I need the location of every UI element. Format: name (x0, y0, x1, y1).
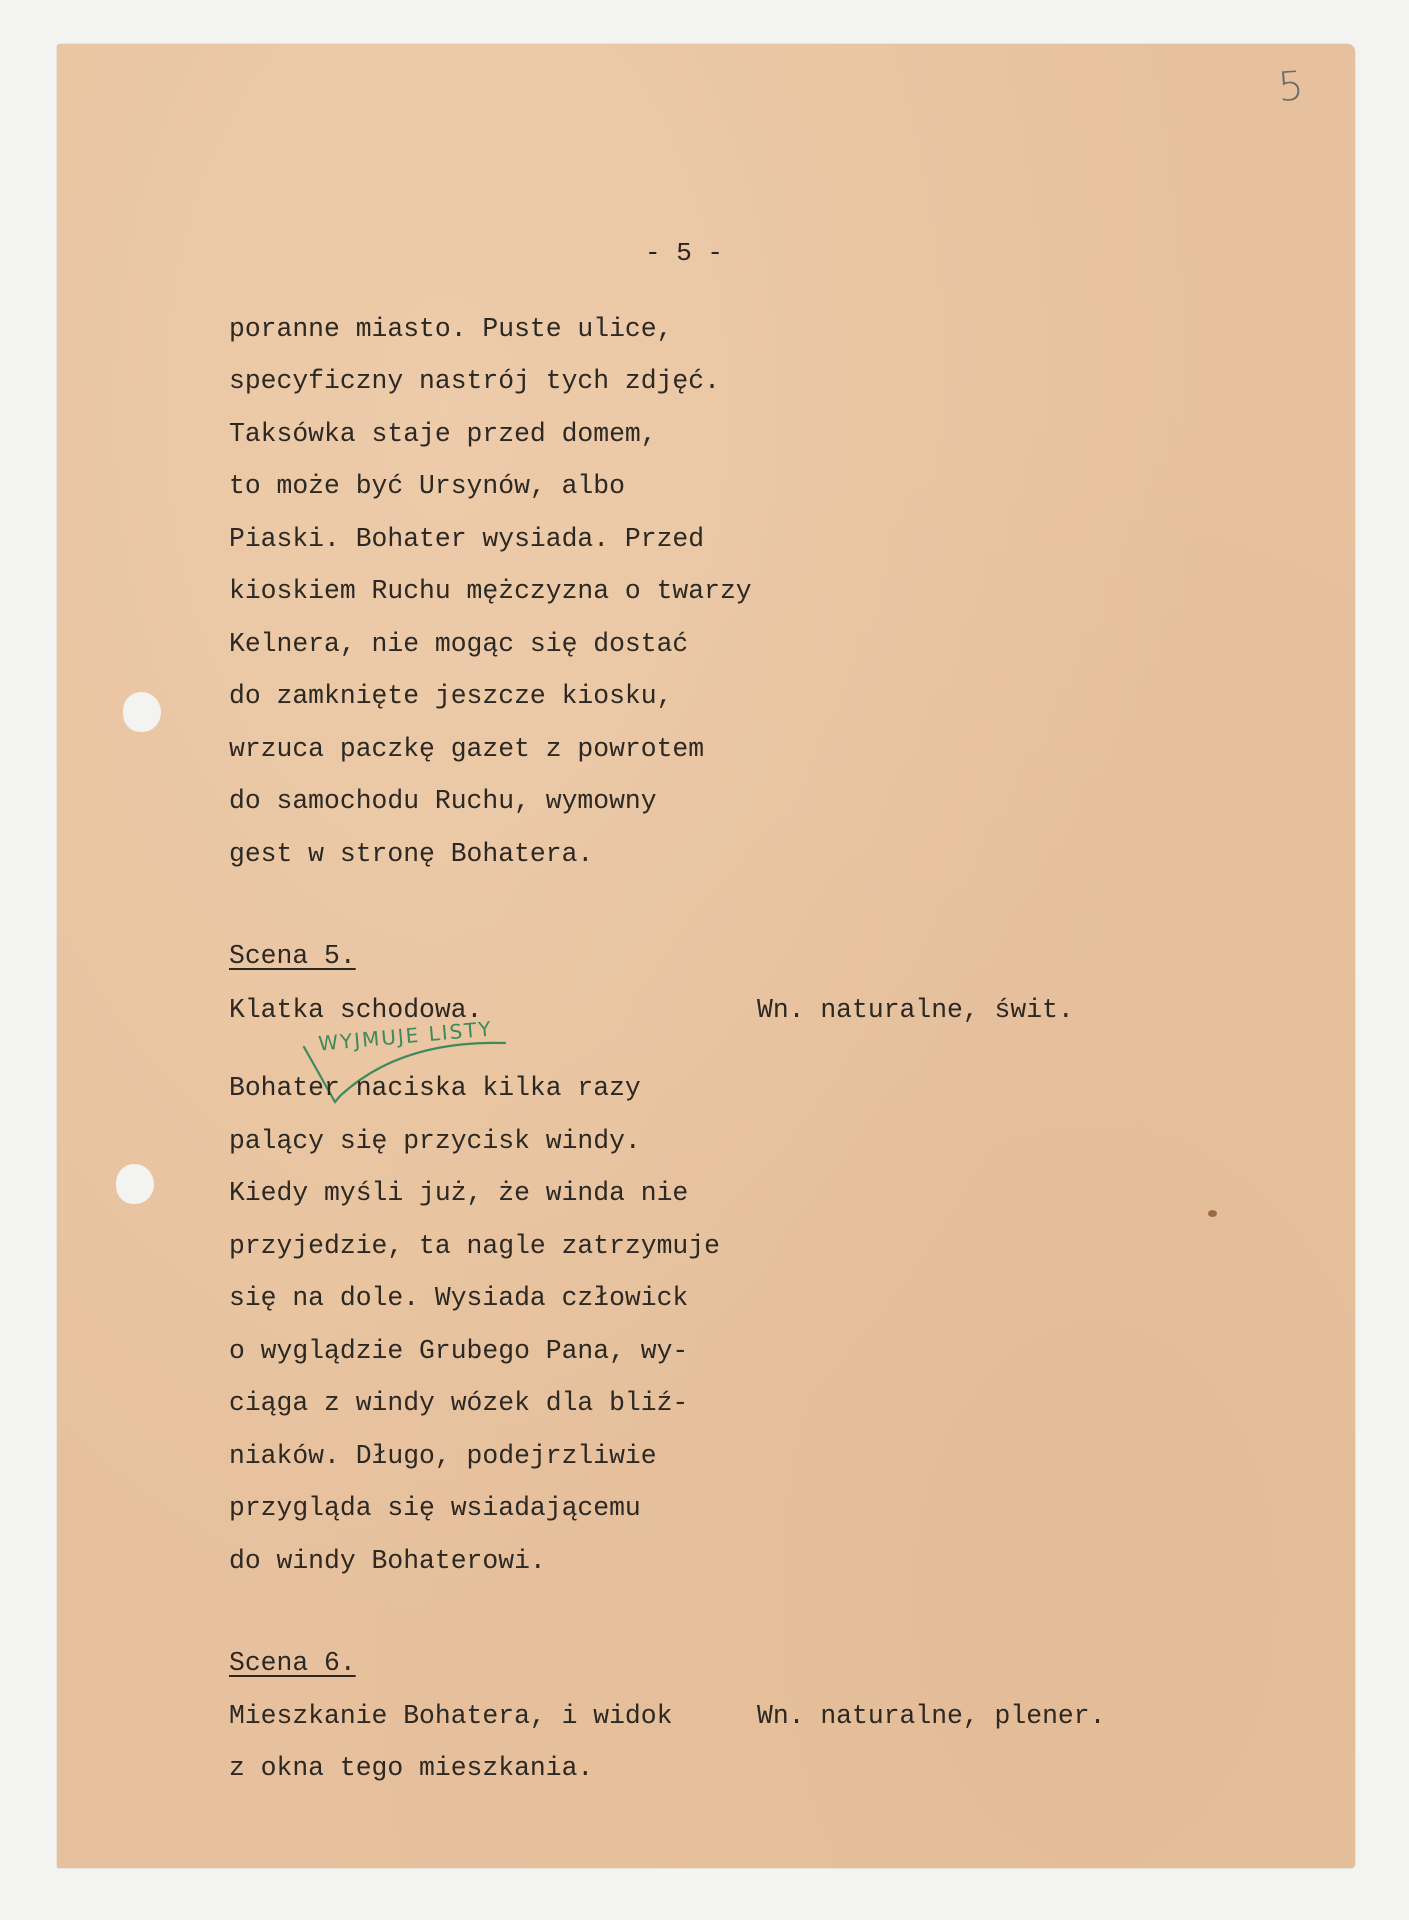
scene-5-line: Kiedy myśli już, że winda nie (229, 1180, 688, 1206)
scene-6-location: Mieszkanie Bohatera, i widok (229, 1703, 672, 1729)
body-line: Kelnera, nie mogąc się dostać (229, 631, 688, 657)
punch-hole-bottom (116, 1164, 154, 1204)
paper-stain (1208, 1210, 1217, 1217)
scene-5-line: do windy Bohaterowi. (229, 1548, 546, 1574)
body-line: Piaski. Bohater wysiada. Przed (229, 526, 704, 552)
scene-5-line: o wyglądzie Grubego Pana, wy- (229, 1338, 688, 1364)
scene-5-line: ciąga z windy wózek dla bliź- (229, 1390, 688, 1416)
scene-5-location: Klatka schodowa. (229, 997, 482, 1023)
scene-5-line: przyjedzie, ta nagle zatrzymuje (229, 1233, 720, 1259)
body-line: to może być Ursynów, albo (229, 473, 625, 499)
scene-5-line: palący się przycisk windy. (229, 1128, 641, 1154)
body-line: do samochodu Ruchu, wymowny (229, 788, 657, 814)
scene-6-lighting: Wn. naturalne, plener. (757, 1703, 1105, 1729)
body-line: gest w stronę Bohatera. (229, 841, 593, 867)
scene-5-lighting: Wn. naturalne, świt. (757, 997, 1074, 1023)
body-line: specyficzny nastrój tych zdjęć. (229, 368, 720, 394)
body-line: Taksówka staje przed domem, (229, 421, 657, 447)
scene-5-line: niaków. Długo, podejrzliwie (229, 1443, 657, 1469)
punch-hole-top (123, 692, 161, 732)
body-line: wrzuca paczkę gazet z powrotem (229, 736, 704, 762)
body-line: poranne miasto. Puste ulice, (229, 316, 672, 342)
body-line: kioskiem Ruchu mężczyzna o twarzy (229, 578, 752, 604)
handwritten-page-number: 5 (1276, 63, 1305, 111)
scene-5-line: przygląda się wsiadającemu (229, 1495, 641, 1521)
scene-5-line: się na dole. Wysiada człowick (229, 1285, 688, 1311)
page-number: - 5 - (645, 238, 723, 268)
scene-5-heading: Scena 5. (229, 943, 356, 969)
scene-6-location-cont: z okna tego mieszkania. (229, 1755, 593, 1781)
scene-5-line: Bohater naciska kilka razy (229, 1075, 641, 1101)
body-line: do zamknięte jeszcze kiosku, (229, 683, 672, 709)
scene-6-heading: Scena 6. (229, 1650, 356, 1676)
